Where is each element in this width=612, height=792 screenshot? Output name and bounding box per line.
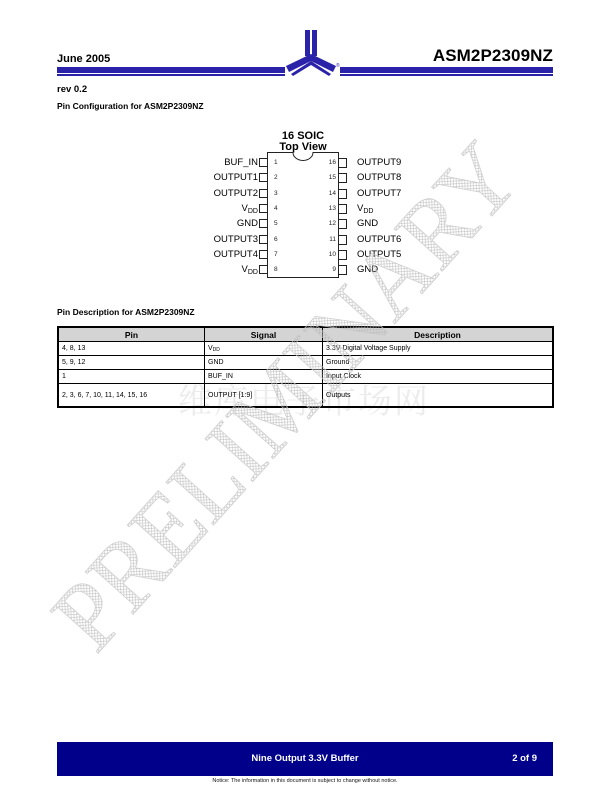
table-row: 1BUF_INInput Clock <box>58 370 553 384</box>
pin-pad-icon <box>259 173 267 182</box>
pin-pad-icon <box>338 265 347 275</box>
document-date: June 2005 <box>57 53 110 65</box>
pin-name-subscript: DD <box>248 208 258 215</box>
cell-signal: BUF_IN <box>205 370 323 384</box>
pin-pad-icon <box>259 189 267 198</box>
pin-label-right: VDD <box>357 202 373 215</box>
column-header-signal: Signal <box>205 327 323 342</box>
pin-number: 9 <box>332 263 336 276</box>
pin-pad-icon <box>259 265 267 274</box>
pin-name: OUTPUT9 <box>357 157 401 168</box>
pin-number: 8 <box>274 263 278 276</box>
pin-name: BUF_IN <box>224 157 258 168</box>
pin-number: 1 <box>274 156 278 169</box>
cell-description: 3.3V Digital Voltage Supply <box>323 342 554 356</box>
pin-label-left: OUTPUT2 <box>214 187 258 200</box>
pin-name: OUTPUT3 <box>214 234 258 245</box>
table-row: 5, 9, 12GNDGround <box>58 356 553 370</box>
pin-label-left: VDD <box>242 263 258 276</box>
cell-pin: 2, 3, 6, 7, 10, 11, 14, 15, 16 <box>58 384 205 408</box>
pin-label-left: OUTPUT4 <box>214 248 258 261</box>
pin-pad-icon <box>338 219 347 229</box>
pin-pad-icon <box>338 204 347 214</box>
pin-name-subscript: DD <box>248 269 258 276</box>
pin-label-left: OUTPUT3 <box>214 233 258 246</box>
header-rule-left <box>57 67 285 77</box>
page-number: 2 of 9 <box>512 753 537 764</box>
pin-label-right: OUTPUT5 <box>357 248 401 261</box>
pin-label-left: VDD <box>242 202 258 215</box>
signal-name: OUTPUT [1:9] <box>208 392 252 399</box>
pin-number: 15 <box>329 171 336 184</box>
part-number-title: ASM2P2309NZ <box>433 46 553 66</box>
cell-description: Input Clock <box>323 370 554 384</box>
footer-title: Nine Output 3.3V Buffer <box>57 753 553 764</box>
table-row: 4, 8, 13VDD3.3V Digital Voltage Supply <box>58 342 553 356</box>
header-rule-right <box>340 67 553 77</box>
pin-number: 12 <box>329 217 336 230</box>
pin-pad-icon <box>259 204 267 213</box>
pin-configuration-heading: Pin Configuration for ASM2P2309NZ <box>57 101 204 111</box>
pin-name: GND <box>357 218 378 229</box>
pin-pad-icon <box>259 250 267 259</box>
cell-description: Outputs <box>323 384 554 408</box>
table-row: 2, 3, 6, 7, 10, 11, 14, 15, 16OUTPUT [1:… <box>58 384 553 408</box>
pin-name: OUTPUT6 <box>357 234 401 245</box>
registered-mark: ® <box>336 63 340 69</box>
pin-name: OUTPUT7 <box>357 188 401 199</box>
pin-name: OUTPUT8 <box>357 172 401 183</box>
pin-number: 13 <box>329 202 336 215</box>
pin-number: 10 <box>329 248 336 261</box>
cell-pin: 5, 9, 12 <box>58 356 205 370</box>
footer-notice: Notice: The information in this document… <box>57 778 553 784</box>
pin-label-left: BUF_IN <box>224 156 258 169</box>
package-title: 16 SOIC Top View <box>270 131 336 153</box>
pin-name: OUTPUT4 <box>214 249 258 260</box>
pin-name: GND <box>237 218 258 229</box>
pin-name: OUTPUT5 <box>357 249 401 260</box>
pin-pad-icon <box>338 158 347 168</box>
pin-pad-icon <box>338 250 347 260</box>
pin-label-right: OUTPUT9 <box>357 156 401 169</box>
pin-name: GND <box>357 264 378 275</box>
cell-description: Ground <box>323 356 554 370</box>
pin-number: 3 <box>274 187 278 200</box>
pin-number: 11 <box>329 233 336 246</box>
pin-number: 4 <box>274 202 278 215</box>
pin-label-right: OUTPUT7 <box>357 187 401 200</box>
company-trident-logo-icon <box>283 30 341 76</box>
pin-number: 7 <box>274 248 278 261</box>
pin-number: 6 <box>274 233 278 246</box>
pin-number: 14 <box>329 187 336 200</box>
pin-number: 16 <box>329 156 336 169</box>
cell-pin: 4, 8, 13 <box>58 342 205 356</box>
pin-label-left: OUTPUT1 <box>214 171 258 184</box>
pin-label-right: OUTPUT8 <box>357 171 401 184</box>
pin-description-table: Pin Signal Description 4, 8, 13VDD3.3V D… <box>57 326 554 408</box>
cell-signal: VDD <box>205 342 323 356</box>
signal-name: BUF_IN <box>208 373 233 380</box>
pin-name-subscript: DD <box>363 208 373 215</box>
column-header-description: Description <box>323 327 554 342</box>
cell-signal: OUTPUT [1:9] <box>205 384 323 408</box>
revision-label: rev 0.2 <box>57 84 87 95</box>
pin-pad-icon <box>259 158 267 167</box>
pin-name: OUTPUT1 <box>214 172 258 183</box>
signal-subscript: DD <box>213 347 220 353</box>
pin-label-left: GND <box>237 217 258 230</box>
pin-pad-icon <box>338 235 347 245</box>
pin-pad-icon <box>338 173 347 183</box>
pin-label-right: GND <box>357 263 378 276</box>
pin-pad-icon <box>259 219 267 228</box>
signal-name: GND <box>208 359 224 366</box>
pin-label-right: OUTPUT6 <box>357 233 401 246</box>
column-header-pin: Pin <box>58 327 205 342</box>
pin-description-heading: Pin Description for ASM2P2309NZ <box>57 307 195 317</box>
footer-band: Nine Output 3.3V Buffer 2 of 9 <box>57 742 553 776</box>
pin-pad-icon <box>259 235 267 244</box>
pin-name: OUTPUT2 <box>214 188 258 199</box>
pin-pad-icon <box>338 189 347 199</box>
cell-pin: 1 <box>58 370 205 384</box>
cell-signal: GND <box>205 356 323 370</box>
pin-number: 2 <box>274 171 278 184</box>
table-header-row: Pin Signal Description <box>58 327 553 342</box>
pin-number: 5 <box>274 217 278 230</box>
pin-label-right: GND <box>357 217 378 230</box>
